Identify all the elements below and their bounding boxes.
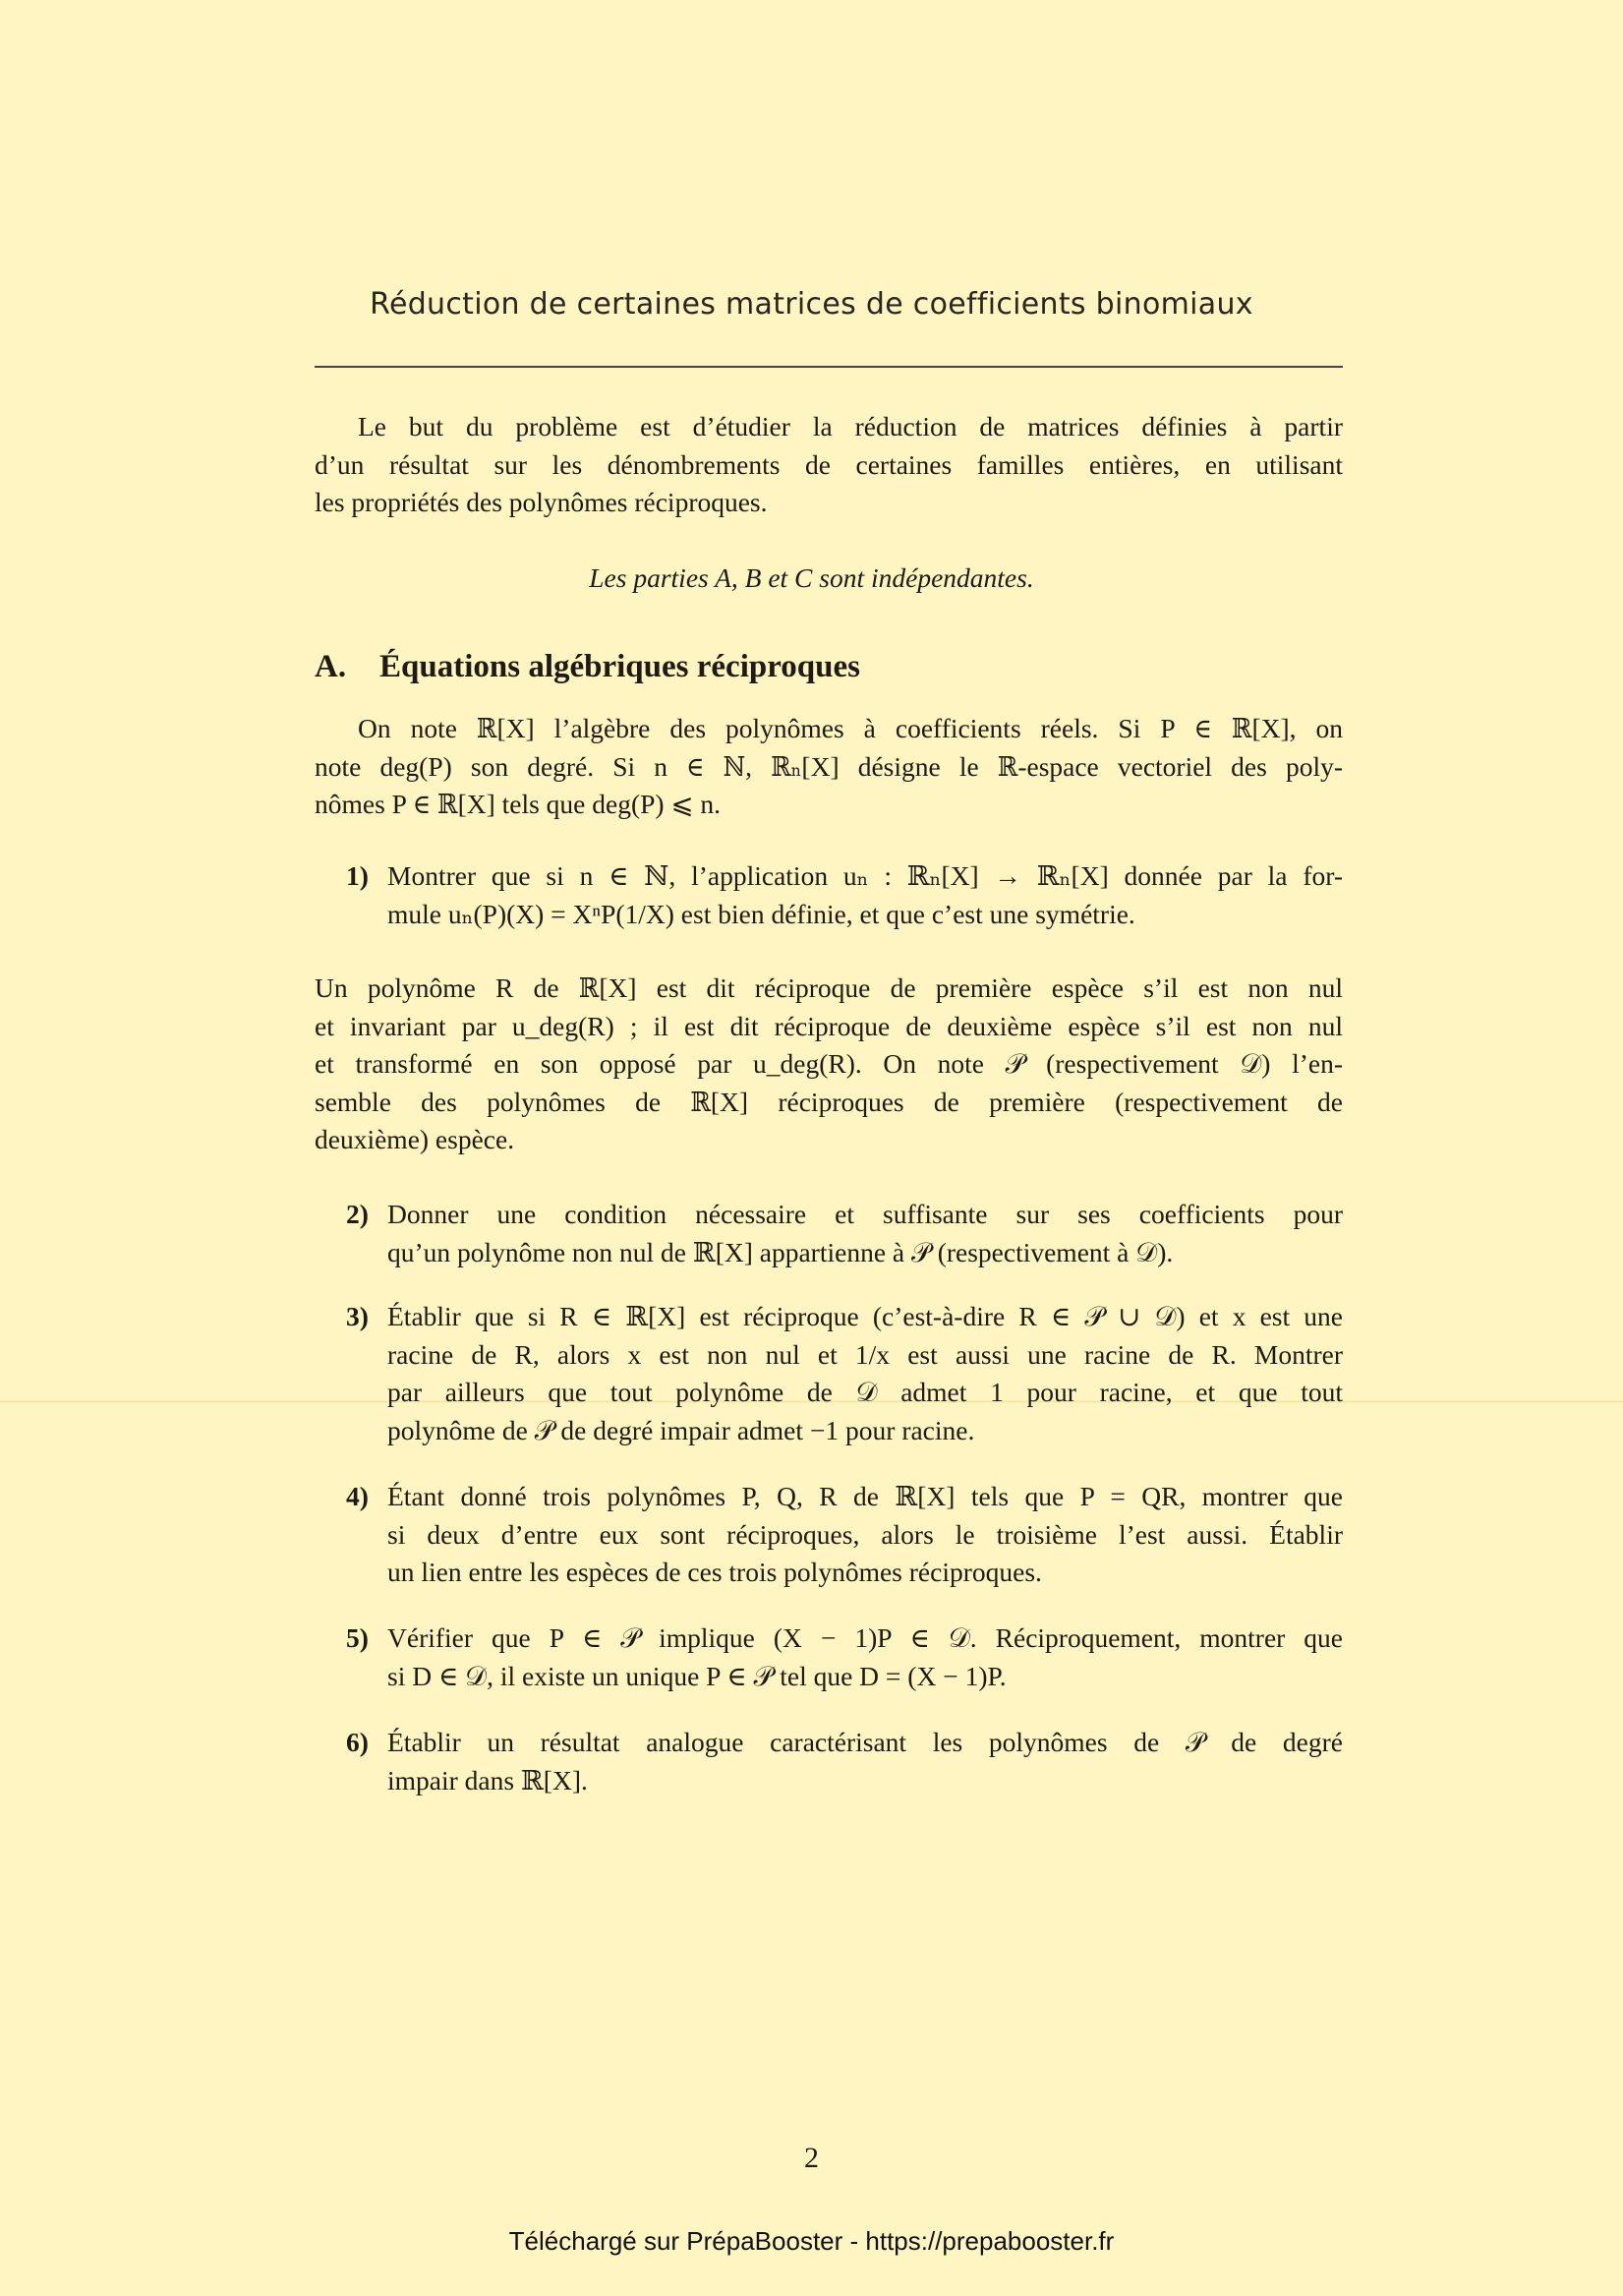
- definition-line: semble des polynômes de ℝ[X] réciproques…: [315, 1084, 1343, 1122]
- notation-line: nômes P ∈ ℝ[X] tels que deg(P) ⩽ n.: [315, 786, 1343, 824]
- question-number: 5): [346, 1619, 369, 1658]
- notation-line: On note ℝ[X] l’algèbre des polynômes à c…: [315, 710, 1343, 748]
- question-1: 1) Montrer que si n ∈ ℕ, l’application u…: [346, 857, 1343, 933]
- question-line: impair dans ℝ[X].: [387, 1762, 1343, 1800]
- question-number: 2): [346, 1196, 369, 1234]
- question-6: 6) Établir un résultat analogue caractér…: [346, 1724, 1343, 1799]
- intro-paragraph: Le but du problème est d’étudier la rédu…: [315, 408, 1343, 522]
- question-line: qu’un polynôme non nul de ℝ[X] appartien…: [387, 1234, 1343, 1272]
- intro-line: Le but du problème est d’étudier la rédu…: [315, 408, 1343, 446]
- question-line: racine de R, alors x est non nul et 1/x …: [387, 1336, 1343, 1375]
- question-line: Établir un résultat analogue caractérisa…: [387, 1724, 1343, 1762]
- notation-line: note deg(P) son degré. Si n ∈ ℕ, ℝₙ[X] d…: [315, 748, 1343, 787]
- definition-line: Un polynôme R de ℝ[X] est dit réciproque…: [315, 970, 1343, 1008]
- title-rule: [315, 366, 1343, 368]
- question-line: Montrer que si n ∈ ℕ, l’application uₙ :…: [387, 857, 1343, 896]
- parts-note: Les parties A, B et C sont indépendantes…: [0, 562, 1623, 594]
- question-line: Étant donné trois polynômes P, Q, R de ℝ…: [387, 1478, 1343, 1516]
- download-footer: Téléchargé sur PrépaBooster - https://pr…: [0, 2226, 1623, 2257]
- question-line: Vérifier que P ∈ 𝒫 implique (X − 1)P ∈ 𝒟…: [387, 1619, 1343, 1658]
- question-line: si D ∈ 𝒟, il existe un unique P ∈ 𝒫 tel …: [387, 1658, 1343, 1696]
- definition-line: deuxième) espèce.: [315, 1121, 1343, 1159]
- page-number: 2: [0, 2142, 1623, 2175]
- section-number: A.: [315, 649, 379, 685]
- question-line: un lien entre les espèces de ces trois p…: [387, 1554, 1343, 1592]
- question-number: 1): [346, 857, 369, 896]
- notation-paragraph: On note ℝ[X] l’algèbre des polynômes à c…: [315, 710, 1343, 824]
- question-2: 2) Donner une condition nécessaire et su…: [346, 1196, 1343, 1271]
- definition-line: et invariant par u_deg(R) ; il est dit r…: [315, 1008, 1343, 1046]
- question-number: 3): [346, 1298, 369, 1336]
- question-5: 5) Vérifier que P ∈ 𝒫 implique (X − 1)P …: [346, 1619, 1343, 1695]
- question-line: polynôme de 𝒫 de degré impair admet −1 p…: [387, 1412, 1343, 1450]
- question-number: 6): [346, 1724, 369, 1762]
- definition-line: et transformé en son opposé par u_deg(R)…: [315, 1045, 1343, 1084]
- question-line: Établir que si R ∈ ℝ[X] est réciproque (…: [387, 1298, 1343, 1336]
- question-line: Donner une condition nécessaire et suffi…: [387, 1196, 1343, 1234]
- section-title: Équations algébriques réciproques: [379, 649, 860, 684]
- document-title: Réduction de certaines matrices de coeff…: [0, 287, 1623, 322]
- section-heading: A.Équations algébriques réciproques: [315, 649, 860, 685]
- question-line: par ailleurs que tout polynôme de 𝒟 adme…: [387, 1374, 1343, 1412]
- question-line: si deux d’entre eux sont réciproques, al…: [387, 1516, 1343, 1555]
- question-4: 4) Étant donné trois polynômes P, Q, R d…: [346, 1478, 1343, 1592]
- intro-line: d’un résultat sur les dénombrements de c…: [315, 446, 1343, 485]
- question-line: mule uₙ(P)(X) = XⁿP(1/X) est bien défini…: [387, 896, 1343, 934]
- intro-line: les propriétés des polynômes réciproques…: [315, 484, 1343, 522]
- definition-paragraph: Un polynôme R de ℝ[X] est dit réciproque…: [315, 970, 1343, 1159]
- question-number: 4): [346, 1478, 369, 1516]
- question-3: 3) Établir que si R ∈ ℝ[X] est réciproqu…: [346, 1298, 1343, 1449]
